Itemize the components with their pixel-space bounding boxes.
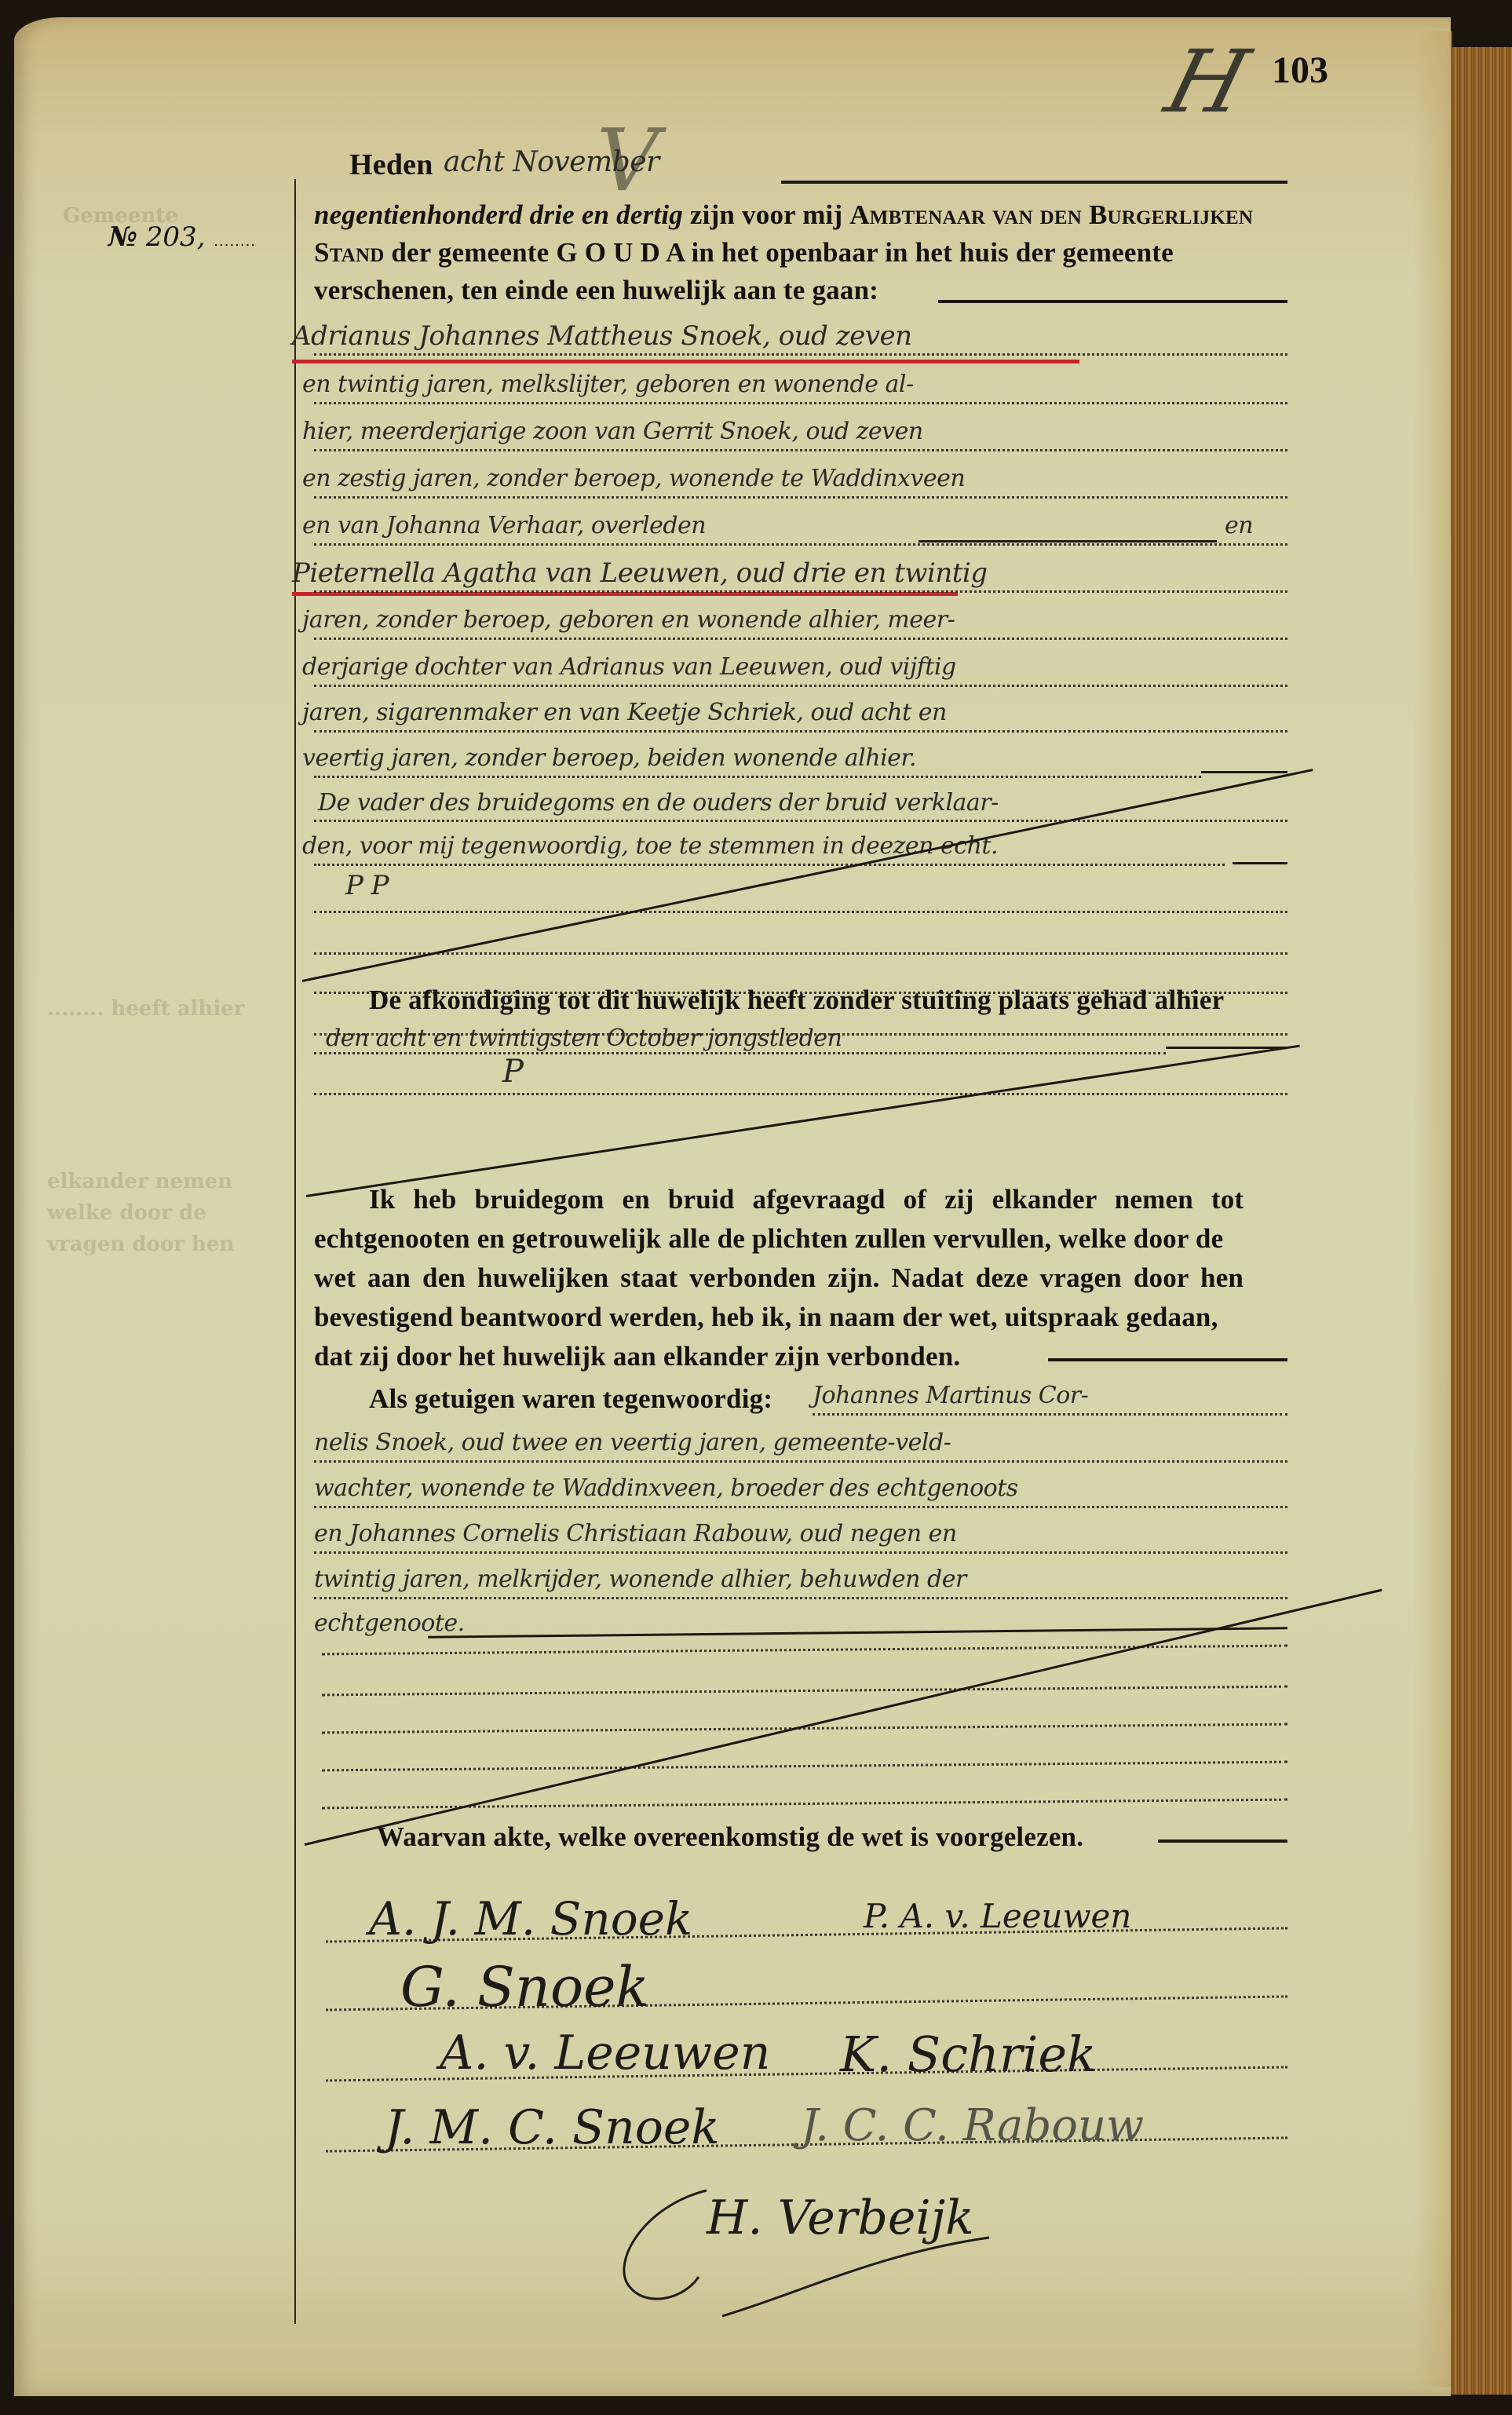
groom-line: Adrianus Johannes Mattheus Snoek, oud ze… bbox=[292, 320, 912, 352]
register-number-dots: ........ bbox=[214, 233, 256, 250]
dotted-line bbox=[314, 1460, 1287, 1463]
register-number-value: 203, bbox=[146, 221, 206, 253]
witness-line: wachter, wonende te Waddinxveen, broeder… bbox=[314, 1474, 1018, 1502]
fill-line bbox=[1233, 862, 1287, 864]
groom-name-underline bbox=[292, 360, 1079, 364]
bleed-through-text: elkander nemen bbox=[47, 1170, 232, 1193]
dotted-line bbox=[314, 1093, 1287, 1095]
year-text: negentienhonderd drie en dertig bbox=[314, 199, 683, 230]
dotted-line bbox=[314, 638, 1287, 640]
witnesses-label: Als getuigen waren tegenwoordig: bbox=[369, 1383, 772, 1415]
witness-line: nelis Snoek, oud twee en veertig jaren, … bbox=[314, 1429, 951, 1456]
bride-line: jaren, zonder beroep, geboren en wonende… bbox=[302, 606, 955, 634]
fill-line bbox=[1158, 1840, 1287, 1843]
dotted-line bbox=[813, 1413, 1287, 1416]
signature-witness-2: J. C. C. Rabouw bbox=[801, 2100, 1144, 2151]
bride-line: derjarige dochter van Adrianus van Leeuw… bbox=[302, 653, 956, 681]
dotted-line bbox=[314, 1052, 1166, 1054]
consent-line: De vader des bruidegoms en de ouders der… bbox=[318, 789, 999, 817]
signature-father-groom: G. Snoek bbox=[400, 1955, 649, 2019]
number-sign: № bbox=[108, 221, 137, 253]
witness-line: twintig jaren, melkrijder, wonende alhie… bbox=[314, 1566, 966, 1593]
book-page-edges bbox=[1451, 47, 1512, 2395]
dotted-line bbox=[314, 820, 1287, 822]
dotted-line bbox=[314, 776, 1201, 778]
vows-line: Ik heb bruidegom en bruid afgevraagd of … bbox=[369, 1184, 1244, 1215]
signature-father-bride: A. v. Leeuwen bbox=[440, 2026, 770, 2081]
marginal-paraphs: P P bbox=[345, 870, 389, 901]
dotted-line bbox=[314, 952, 1287, 955]
dotted-line bbox=[314, 685, 1287, 687]
page-number: 103 bbox=[1272, 49, 1328, 92]
page-shadow bbox=[1413, 31, 1452, 2387]
vows-line: wet aan den huwelijken staat verbonden z… bbox=[314, 1262, 1244, 1294]
witness-line: Johannes Martinus Cor- bbox=[813, 1382, 1088, 1409]
fill-line bbox=[1201, 771, 1287, 773]
conjunction-en: en bbox=[1225, 512, 1253, 539]
fill-line bbox=[781, 181, 1287, 184]
bride-line: Pieternella Agatha van Leeuwen, oud drie… bbox=[292, 557, 988, 589]
header-line-3: Stand der gemeente G O U D A in het open… bbox=[314, 237, 1174, 269]
register-number: № 203, ........ bbox=[108, 221, 256, 253]
dotted-line bbox=[314, 1506, 1287, 1508]
closing-text: Waarvan akte, welke overeenkomstig de we… bbox=[377, 1821, 1083, 1853]
bleed-through-text: welke door de bbox=[47, 1201, 206, 1225]
dotted-line bbox=[314, 590, 1287, 593]
marginal-paraphs: P bbox=[502, 1054, 523, 1090]
heden-label: Heden bbox=[349, 148, 433, 182]
official-title: Ambtenaar van den Burgerlijken bbox=[849, 199, 1253, 230]
municipality-name: G O U D A bbox=[556, 237, 684, 268]
groom-line: en twintig jaren, melkslijter, geboren e… bbox=[302, 371, 914, 398]
dotted-line bbox=[314, 1551, 1287, 1554]
dotted-line bbox=[314, 449, 1287, 451]
header-text: der gemeente bbox=[391, 237, 549, 268]
afkondiging-date: den acht en twintigsten October jongstle… bbox=[326, 1025, 842, 1052]
header-line-2: negentienhonderd drie en dertig zijn voo… bbox=[314, 199, 1253, 231]
vows-line: bevestigend beantwoord werden, heb ik, i… bbox=[314, 1302, 1218, 1333]
dotted-line bbox=[314, 353, 1287, 356]
fill-line bbox=[1048, 1358, 1287, 1361]
signature-groom: A. J. M. Snoek bbox=[369, 1892, 692, 1946]
afkondiging-text: De afkondiging tot dit huwelijk heeft zo… bbox=[369, 985, 1224, 1016]
witness-line: echtgenoote. bbox=[314, 1609, 465, 1637]
signature-bride: P. A. v. Leeuwen bbox=[864, 1897, 1131, 1935]
fill-line bbox=[919, 540, 1217, 543]
bleed-through-text: ........ heeft alhier bbox=[47, 997, 244, 1021]
header-line-4: verschenen, ten einde een huwelijk aan t… bbox=[314, 275, 878, 306]
bride-line: veertig jaren, zonder beroep, beiden won… bbox=[302, 744, 916, 772]
signature-mother-bride: K. Schriek bbox=[840, 2026, 1097, 2083]
bride-line: jaren, sigarenmaker en van Keetje Schrie… bbox=[302, 699, 947, 726]
signature-witness-1: J. M. C. Snoek bbox=[385, 2100, 720, 2155]
dotted-line bbox=[314, 543, 1287, 546]
margin-rule bbox=[294, 179, 296, 2324]
groom-line: en van Johanna Verhaar, overleden bbox=[302, 512, 706, 539]
registrar-flourish bbox=[597, 2151, 1005, 2324]
header-text: in het openbaar in het huis der gemeente bbox=[692, 237, 1174, 268]
dotted-line bbox=[314, 864, 1225, 866]
fill-line bbox=[938, 300, 1287, 303]
witness-line: en Johannes Cornelis Christiaan Rabouw, … bbox=[314, 1520, 957, 1547]
groom-line: en zestig jaren, zonder beroep, wonende … bbox=[302, 465, 965, 492]
header-text: zijn voor mij bbox=[690, 199, 842, 230]
dotted-line bbox=[314, 496, 1287, 499]
bleed-through-text: vragen door hen bbox=[47, 1233, 234, 1256]
marriage-date: acht November bbox=[444, 146, 659, 178]
vows-line: echtgenooten en getrouwelijk alle de pli… bbox=[314, 1223, 1223, 1255]
dotted-line bbox=[314, 911, 1287, 913]
dotted-line bbox=[314, 1597, 1287, 1599]
dotted-line bbox=[314, 402, 1287, 404]
dotted-line bbox=[314, 730, 1287, 733]
vows-line: dat zij door het huwelijk aan elkander z… bbox=[314, 1341, 960, 1372]
groom-line: hier, meerderjarige zoon van Gerrit Snoe… bbox=[302, 418, 923, 445]
stand-text: Stand bbox=[314, 237, 384, 268]
